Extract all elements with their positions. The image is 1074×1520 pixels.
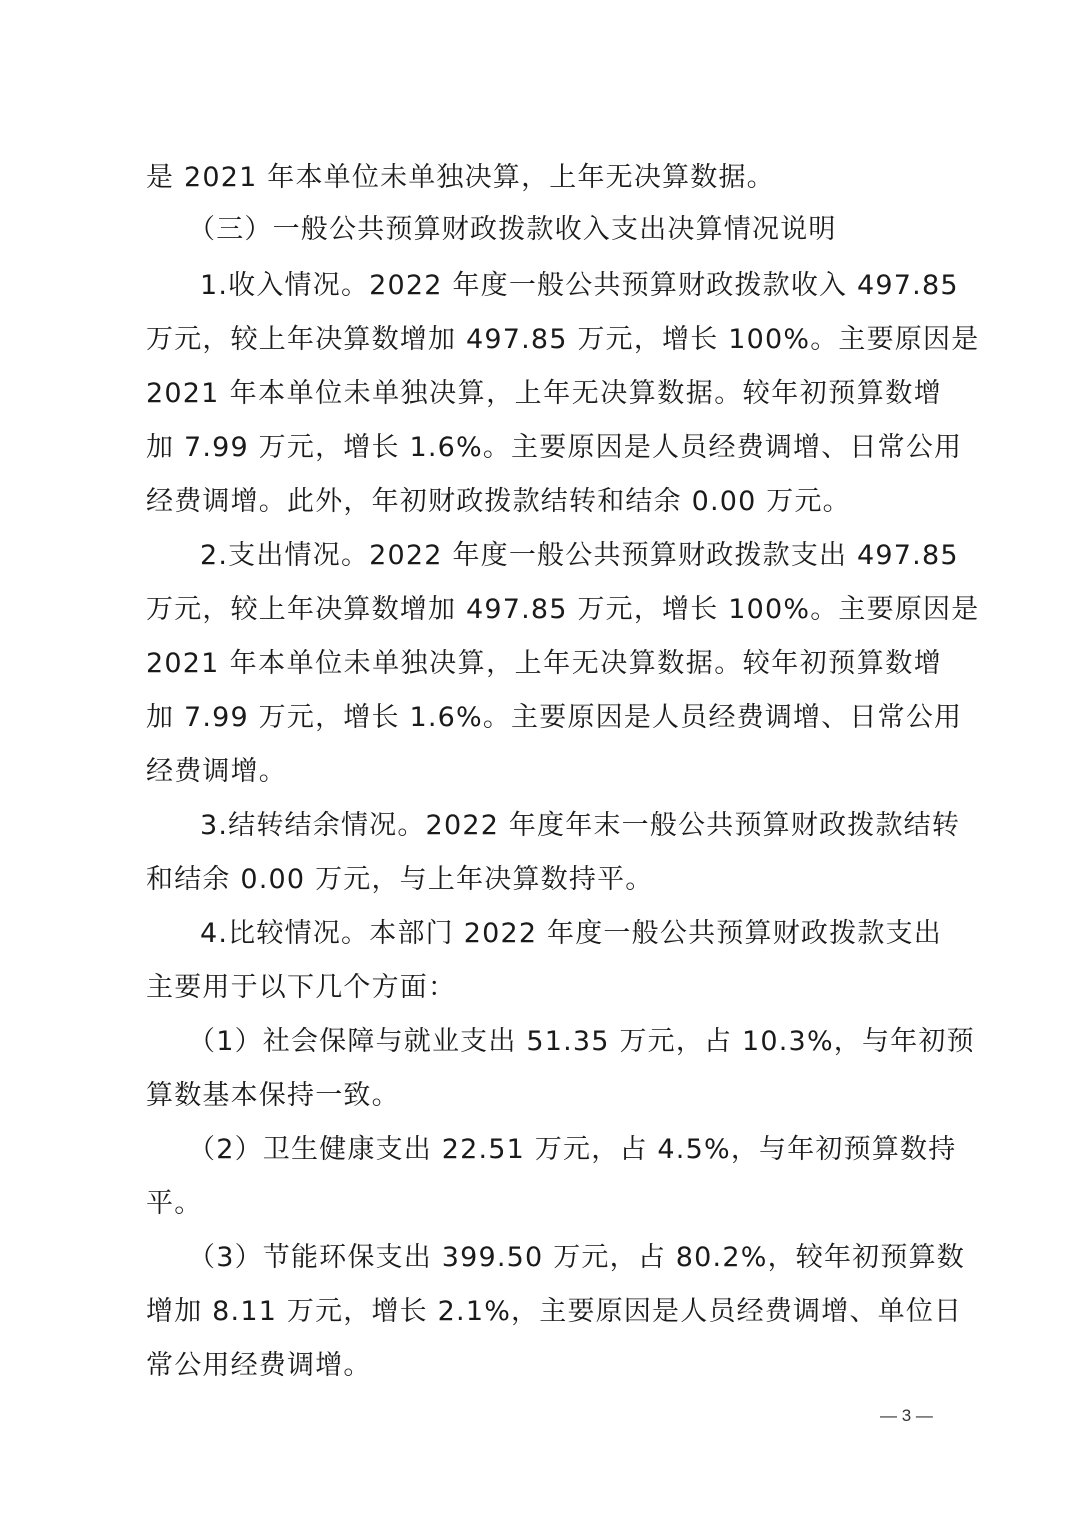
- list-item-line: 算数基本保持一致。: [146, 1078, 942, 1114]
- paragraph-line: 经费调增。: [146, 754, 942, 790]
- section-heading: （三）一般公共预算财政拨款收入支出决算情况说明: [188, 212, 948, 248]
- paragraph-line: 和结余 0.00 万元，与上年决算数持平。: [146, 862, 942, 898]
- paragraph-line: 3.结转结余情况。2022 年度年末一般公共预算财政拨款结转: [200, 808, 942, 844]
- list-item-line: （3）节能环保支出 399.50 万元，占 80.2%，较年初预算数: [188, 1240, 942, 1276]
- list-item-line: （2）卫生健康支出 22.51 万元，占 4.5%，与年初预算数持: [188, 1132, 942, 1168]
- paragraph-line: 加 7.99 万元，增长 1.6%。主要原因是人员经费调增、日常公用: [146, 430, 942, 466]
- paragraph-line: 2.支出情况。2022 年度一般公共预算财政拨款支出 497.85: [200, 538, 942, 574]
- paragraph-line: 1.收入情况。2022 年度一般公共预算财政拨款收入 497.85: [200, 268, 942, 304]
- paragraph-line: 2021 年本单位未单独决算，上年无决算数据。较年初预算数增: [146, 646, 942, 682]
- document-page: 是 2021 年本单位未单独决算，上年无决算数据。 （三）一般公共预算财政拨款收…: [0, 0, 1074, 1520]
- paragraph-line: 是 2021 年本单位未单独决算，上年无决算数据。: [146, 160, 942, 196]
- paragraph-line: 万元，较上年决算数增加 497.85 万元，增长 100%。主要原因是: [146, 322, 942, 358]
- paragraph-line: 主要用于以下几个方面：: [146, 970, 942, 1006]
- list-item-line: 平。: [146, 1186, 942, 1222]
- paragraph-line: 经费调增。此外，年初财政拨款结转和结余 0.00 万元。: [146, 484, 942, 520]
- paragraph-line: 加 7.99 万元，增长 1.6%。主要原因是人员经费调增、日常公用: [146, 700, 942, 736]
- list-item-line: 增加 8.11 万元，增长 2.1%，主要原因是人员经费调增、单位日: [146, 1294, 942, 1330]
- paragraph-line: 4.比较情况。本部门 2022 年度一般公共预算财政拨款支出: [200, 916, 942, 952]
- list-item-line: 常公用经费调增。: [146, 1348, 942, 1384]
- page-number: — 3 —: [880, 1406, 933, 1426]
- paragraph-line: 2021 年本单位未单独决算，上年无决算数据。较年初预算数增: [146, 376, 942, 412]
- list-item-line: （1）社会保障与就业支出 51.35 万元，占 10.3%，与年初预: [188, 1024, 942, 1060]
- paragraph-line: 万元，较上年决算数增加 497.85 万元，增长 100%。主要原因是: [146, 592, 942, 628]
